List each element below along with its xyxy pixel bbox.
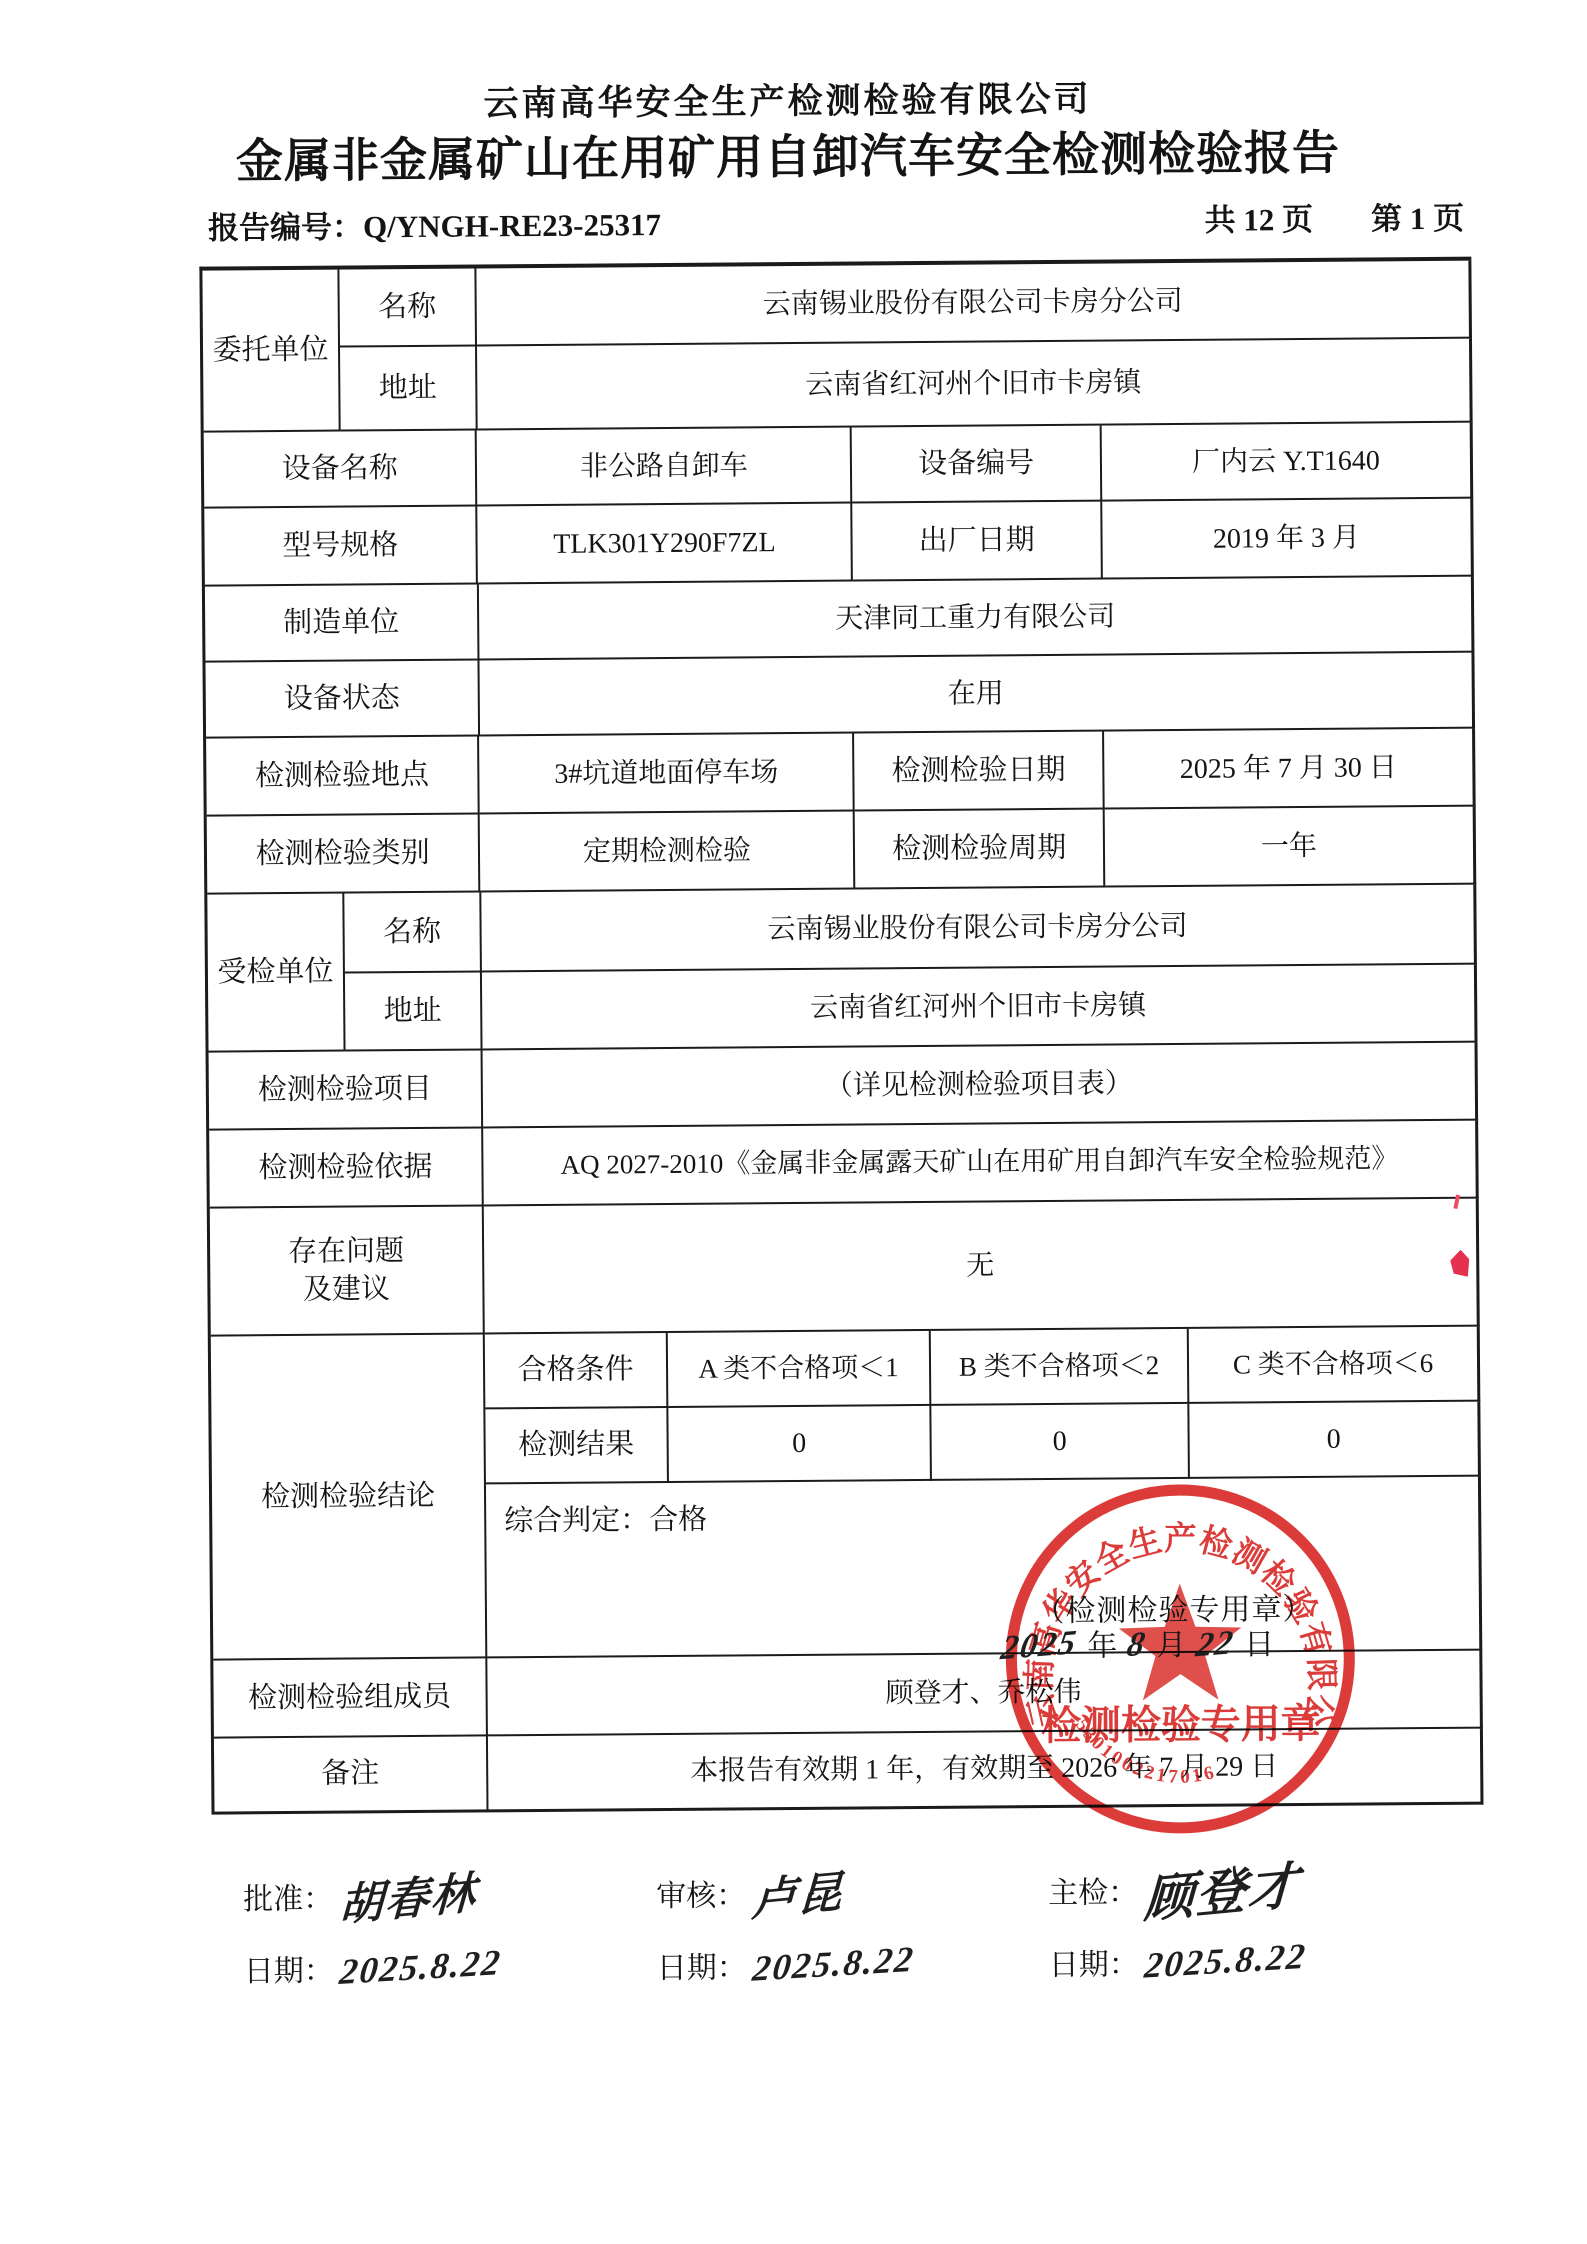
review-signature-block: 审核： 卢昆 日期： 2025.8.22 bbox=[656, 1855, 915, 2001]
inspected-group-label: 受检单位 bbox=[207, 894, 345, 1053]
basis-value: AQ 2027-2010《金属非金属露天矿山在用矿用自卸汽车安全检验规范》 bbox=[483, 1121, 1479, 1207]
device-name-value: 非公路自卸车 bbox=[477, 428, 853, 507]
approve-signature: 胡春林 bbox=[338, 1856, 478, 1934]
team-row: 检测检验组成员 顾登才、乔松伟 bbox=[213, 1651, 1483, 1739]
client-name-value: 云南锡业股份有限公司卡房分公司 bbox=[476, 261, 1472, 347]
location-value: 3#坑道地面停车场 bbox=[479, 734, 855, 815]
problems-label: 存在问题 及建议 bbox=[210, 1206, 485, 1336]
device-no-label: 设备编号 bbox=[852, 426, 1102, 504]
category-label: 检测检验类别 bbox=[207, 814, 481, 894]
remark-label: 备注 bbox=[214, 1736, 489, 1814]
basis-label: 检测检验依据 bbox=[209, 1128, 484, 1208]
result-row: 检测结果 0 0 0 bbox=[485, 1402, 1481, 1485]
inspected-addr-value: 云南省红河州个旧市卡房镇 bbox=[482, 965, 1478, 1051]
inspect-label: 主检： bbox=[1048, 1867, 1138, 1912]
report-number: 报告编号：Q/YNGH-RE23-25317 bbox=[208, 199, 661, 248]
pass-condition-row: 合格条件 A 类不合格项＜1 B 类不合格项＜2 C 类不合格项＜6 bbox=[485, 1327, 1481, 1410]
pass-condition-label: 合格条件 bbox=[485, 1333, 669, 1409]
model-label: 型号规格 bbox=[204, 506, 478, 586]
class-c-condition: C 类不合格项＜6 bbox=[1189, 1327, 1481, 1404]
result-c: 0 bbox=[1189, 1402, 1481, 1479]
inspected-addr-label: 地址 bbox=[345, 972, 483, 1051]
problems-row: 存在问题 及建议 无 bbox=[210, 1199, 1480, 1337]
manufacturer-row: 制造单位 天津同工重力有限公司 bbox=[205, 577, 1475, 663]
report-number-value: Q/YNGH-RE23-25317 bbox=[363, 207, 661, 244]
cycle-label: 检测检验周期 bbox=[855, 810, 1105, 890]
category-value: 定期检测检验 bbox=[480, 812, 856, 893]
year-char: 年 bbox=[1087, 1620, 1117, 1664]
mfg-date-value: 2019 年 3 月 bbox=[1102, 499, 1474, 580]
inspected-name-label: 名称 bbox=[344, 892, 482, 973]
client-group-row: 委托单位 名称 云南锡业股份有限公司卡房分公司 地址 云南省红河州个旧市卡房镇 bbox=[202, 261, 1472, 433]
device-row: 设备名称 非公路自卸车 设备编号 厂内云 Y.T1640 bbox=[204, 423, 1474, 509]
inspected-name-value: 云南锡业股份有限公司卡房分公司 bbox=[481, 885, 1477, 973]
stamp-date-month-handwritten: 8 bbox=[1124, 1625, 1149, 1665]
manufacturer-value: 天津同工重力有限公司 bbox=[479, 577, 1475, 661]
report-number-label: 报告编号： bbox=[208, 209, 363, 245]
review-label: 审核： bbox=[656, 1870, 746, 1915]
model-value: TLK301Y290F7ZL bbox=[478, 504, 854, 585]
model-row: 型号规格 TLK301Y290F7ZL 出厂日期 2019 年 3 月 bbox=[204, 499, 1474, 587]
inspect-signature: 顾登才 bbox=[1143, 1845, 1302, 1932]
location-label: 检测检验地点 bbox=[206, 736, 480, 816]
review-signature: 卢昆 bbox=[751, 1855, 845, 1928]
day-char: 日 bbox=[1244, 1619, 1274, 1663]
items-label: 检测检验项目 bbox=[209, 1050, 484, 1130]
class-b-condition: B 类不合格项＜2 bbox=[931, 1329, 1190, 1406]
report-table: 委托单位 名称 云南锡业股份有限公司卡房分公司 地址 云南省红河州个旧市卡房镇 … bbox=[199, 257, 1483, 1815]
report-meta: 报告编号：Q/YNGH-RE23-25317 共 12 页 第 1 页 bbox=[208, 193, 1464, 248]
current-page: 第 1 页 bbox=[1371, 193, 1464, 239]
review-date-handwritten: 2025.8.22 bbox=[750, 1938, 917, 1990]
client-name-label: 名称 bbox=[339, 268, 477, 347]
location-row: 检测检验地点 3#坑道地面停车场 检测检验日期 2025 年 7 月 30 日 bbox=[206, 729, 1476, 817]
class-a-condition: A 类不合格项＜1 bbox=[668, 1331, 932, 1408]
remark-row: 备注 本报告有效期 1 年，有效期至 2026 年 7 月 29 日 bbox=[214, 1729, 1484, 1815]
month-char: 月 bbox=[1156, 1620, 1186, 1664]
conclusion-label: 检测检验结论 bbox=[211, 1334, 488, 1660]
manufacturer-label: 制造单位 bbox=[205, 584, 480, 662]
report-title: 金属非金属矿山在用矿用自卸汽车安全检测检验报告 bbox=[0, 114, 1582, 193]
result-a: 0 bbox=[668, 1406, 932, 1483]
cycle-value: 一年 bbox=[1105, 807, 1477, 888]
approve-date-handwritten: 2025.8.22 bbox=[337, 1941, 504, 1993]
stamp-date-line: 2025 年 8 月 22 日 bbox=[1001, 1618, 1441, 1665]
team-label: 检测检验组成员 bbox=[213, 1658, 488, 1738]
category-row: 检测检验类别 定期检测检验 检测检验周期 一年 bbox=[207, 807, 1477, 895]
inspected-group-row: 受检单位 名称 云南锡业股份有限公司卡房分公司 地址 云南省红河州个旧市卡房镇 bbox=[207, 885, 1477, 1053]
page-info: 共 12 页 第 1 页 bbox=[1204, 193, 1464, 240]
team-value: 顾登才、乔松伟 bbox=[487, 1651, 1483, 1737]
device-name-label: 设备名称 bbox=[204, 430, 478, 508]
basis-row: 检测检验依据 AQ 2027-2010《金属非金属露天矿山在用矿用自卸汽车安全检… bbox=[209, 1121, 1479, 1209]
client-group-label: 委托单位 bbox=[202, 270, 340, 433]
inspect-date-label: 日期： bbox=[1049, 1939, 1139, 1984]
status-row: 设备状态 在用 bbox=[205, 653, 1475, 739]
items-row: 检测检验项目 （详见检测检验项目表） bbox=[209, 1043, 1479, 1131]
inspection-date-value: 2025 年 7 月 30 日 bbox=[1104, 729, 1476, 810]
client-addr-value: 云南省红河州个旧市卡房镇 bbox=[477, 339, 1473, 431]
approve-date-label: 日期： bbox=[244, 1946, 334, 1991]
stamp-date-year-handwritten: 2025 bbox=[998, 1624, 1080, 1669]
result-b: 0 bbox=[931, 1404, 1190, 1481]
inspection-date-label: 检测检验日期 bbox=[855, 732, 1105, 812]
items-value: （详见检测检验项目表） bbox=[483, 1043, 1479, 1129]
chief-inspector-signature-block: 主检： 顾登才 日期： 2025.8.22 bbox=[1048, 1852, 1307, 1998]
review-date-label: 日期： bbox=[657, 1942, 747, 1987]
stamp-date-day-handwritten: 22 bbox=[1193, 1624, 1237, 1666]
scanned-report-page: 云南高华安全生产检测检验有限公司 金属非金属矿山在用矿用自卸汽车安全检测检验报告… bbox=[0, 0, 1587, 2244]
result-label: 检测结果 bbox=[485, 1408, 669, 1484]
status-value: 在用 bbox=[479, 653, 1475, 737]
approve-label: 批准： bbox=[243, 1874, 333, 1919]
inspect-date-handwritten: 2025.8.22 bbox=[1142, 1935, 1309, 1987]
device-no-value: 厂内云 Y.T1640 bbox=[1102, 423, 1474, 502]
status-label: 设备状态 bbox=[205, 660, 480, 738]
total-pages: 共 12 页 bbox=[1204, 194, 1313, 240]
approval-signature-block: 批准： 胡春林 日期： 2025.8.22 bbox=[243, 1858, 502, 2004]
client-addr-label: 地址 bbox=[340, 346, 478, 431]
problems-value: 无 bbox=[484, 1199, 1480, 1335]
mfg-date-label: 出厂日期 bbox=[853, 502, 1103, 582]
remark-value: 本报告有效期 1 年，有效期至 2026 年 7 月 29 日 bbox=[488, 1729, 1484, 1813]
